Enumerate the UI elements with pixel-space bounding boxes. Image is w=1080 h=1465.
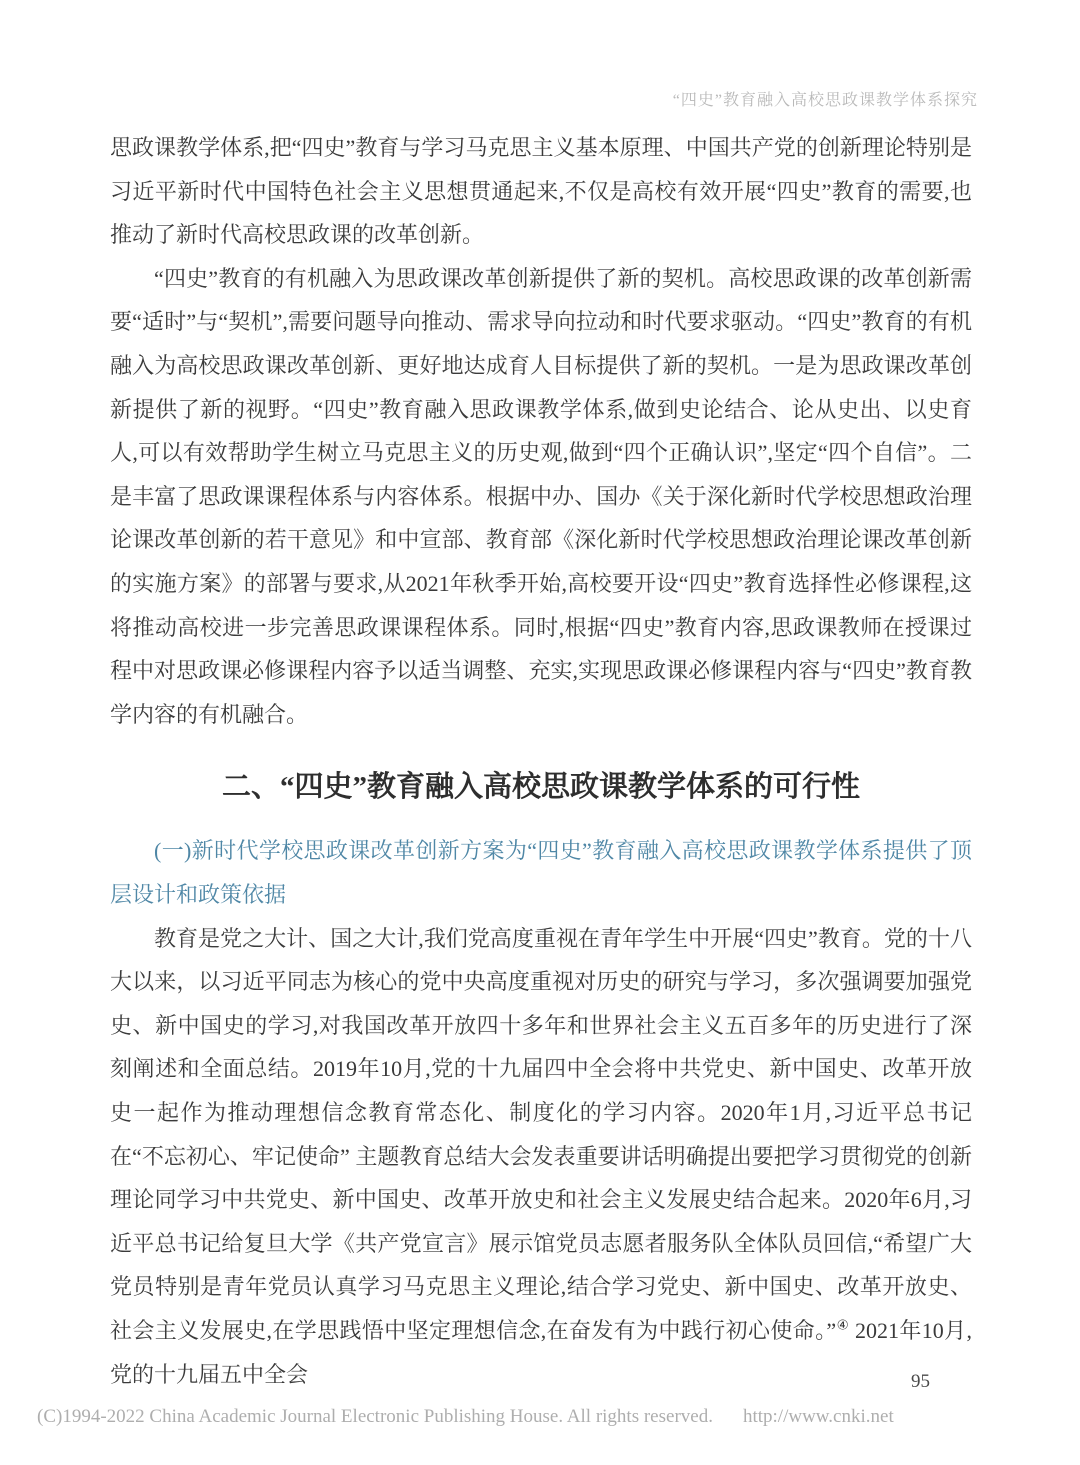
cnki-url-text: http://www.cnki.net [743, 1406, 894, 1427]
copyright-text: (C)1994-2022 China Academic Journal Elec… [37, 1406, 713, 1427]
section-heading-feasibility: 二、“四史”教育融入高校思政课教学体系的可行性 [110, 768, 972, 807]
footnote-reference-mark: ④ [836, 1318, 849, 1333]
running-header-title: “四史”教育融入高校思政课教学体系探究 [673, 87, 978, 110]
paragraph-continuation: 思政课教学体系,把“四史”教育与学习马克思主义基本原理、中国共产党的创新理论特别… [110, 126, 972, 257]
page-number: 95 [911, 1371, 930, 1393]
subsection-heading-top-level-design: (一)新时代学校思政课改革创新方案为“四史”教育融入高校思政课教学体系提供了顶层… [110, 829, 972, 916]
article-body: 思政课教学体系,把“四史”教育与学习马克思主义基本原理、中国共产党的创新理论特别… [110, 126, 972, 1396]
paragraph-reform-opportunity: “四史”教育的有机融入为思政课改革创新提供了新的契机。高校思政课的改革创新需要“… [110, 257, 972, 737]
journal-page: “四史”教育融入高校思政课教学体系探究 思政课教学体系,把“四史”教育与学习马克… [0, 0, 1080, 1465]
feasibility-text: 教育是党之大计、国之大计,我们党高度重视在青年学生中开展“四史”教育。党的十八大… [110, 926, 972, 1343]
paragraph-feasibility: 教育是党之大计、国之大计,我们党高度重视在青年学生中开展“四史”教育。党的十八大… [110, 917, 972, 1397]
copyright-footer: (C)1994-2022 China Academic Journal Elec… [37, 1406, 1042, 1428]
